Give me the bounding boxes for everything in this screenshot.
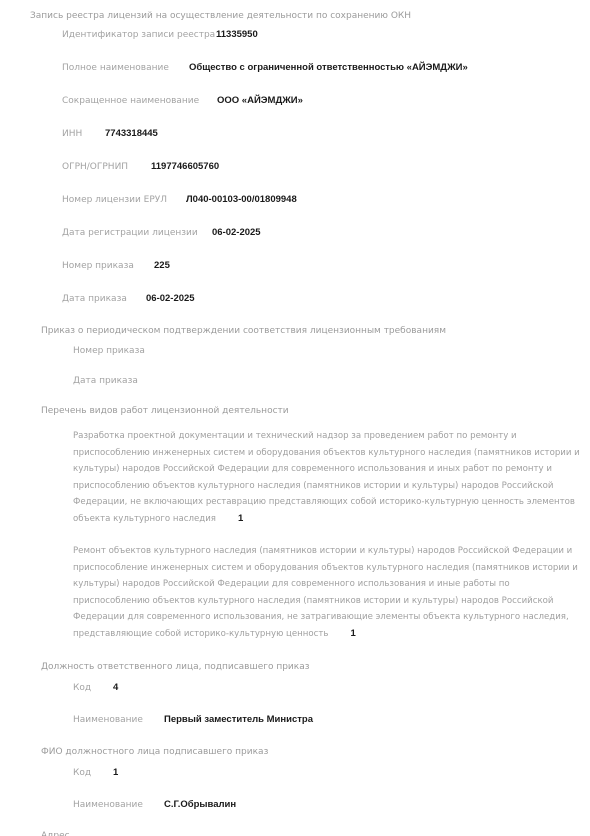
field-label: ОГРН/ОГРНИП: [62, 162, 151, 172]
field-value: Л040-00103-00/01809948: [186, 194, 297, 205]
field-value: Общество с ограниченной ответственностью…: [189, 62, 468, 73]
field-value: 1197746605760: [151, 161, 219, 172]
address-section-title: Адрес: [41, 831, 70, 836]
field-order-number: Номер приказа225: [62, 260, 170, 271]
record-section-title: Запись реестра лицензий на осуществление…: [30, 11, 411, 21]
work-type-item: Разработка проектной документации и техн…: [73, 428, 583, 527]
field-label: Код: [73, 683, 113, 693]
field-label: Наименование: [73, 800, 164, 810]
field-label: Наименование: [73, 715, 164, 725]
field-value: 06-02-2025: [146, 293, 195, 304]
field-label: Номер приказа: [73, 346, 145, 356]
field-label: Дата приказа: [73, 376, 138, 386]
field-value: 225: [154, 260, 170, 271]
field-value: 06-02-2025: [212, 227, 261, 238]
work-type-value: 1: [238, 513, 243, 524]
work-type-text: Разработка проектной документации и техн…: [73, 431, 580, 524]
work-type-item: Ремонт объектов культурного наследия (па…: [73, 543, 583, 642]
field-signer-position-code: Код4: [73, 682, 118, 693]
field-value: С.Г.Обрывалин: [164, 799, 236, 810]
field-label: Дата приказа: [62, 294, 146, 304]
field-label: Дата регистрации лицензии: [62, 228, 212, 238]
work-type-text: Ремонт объектов культурного наследия (па…: [73, 546, 578, 639]
field-label: Идентификатор записи реестра: [62, 30, 216, 40]
field-value: ООО «АЙЭМДЖИ»: [217, 95, 303, 106]
work-type-value: 1: [350, 628, 355, 639]
field-periodic-order-number: Номер приказа: [73, 346, 145, 356]
field-label: Номер лицензии ЕРУЛ: [62, 195, 186, 205]
field-full-name: Полное наименованиеОбщество с ограниченн…: [62, 62, 468, 73]
field-label: Номер приказа: [62, 261, 154, 271]
signer-name-section-title: ФИО должностного лица подписавшего прика…: [41, 747, 268, 757]
field-value: 4: [113, 682, 118, 693]
field-order-date: Дата приказа06-02-2025: [62, 293, 195, 304]
field-inn: ИНН7743318445: [62, 128, 158, 139]
field-value: 11335950: [216, 29, 258, 40]
field-value: Первый заместитель Министра: [164, 714, 313, 725]
field-license-registration-date: Дата регистрации лицензии06-02-2025: [62, 227, 261, 238]
field-ogrn: ОГРН/ОГРНИП1197746605760: [62, 161, 219, 172]
field-label: ИНН: [62, 129, 105, 139]
work-types-section-title: Перечень видов работ лицензионной деятел…: [41, 406, 289, 416]
field-value: 1: [113, 767, 118, 778]
field-short-name: Сокращенное наименованиеООО «АЙЭМДЖИ»: [62, 95, 303, 106]
field-value: 7743318445: [105, 128, 158, 139]
field-label: Полное наименование: [62, 63, 189, 73]
field-signer-name: НаименованиеС.Г.Обрывалин: [73, 799, 236, 810]
field-signer-position-name: НаименованиеПервый заместитель Министра: [73, 714, 313, 725]
field-periodic-order-date: Дата приказа: [73, 376, 138, 386]
field-label: Код: [73, 768, 113, 778]
field-registry-id: Идентификатор записи реестра11335950: [62, 29, 258, 40]
periodic-order-section-title: Приказ о периодическом подтверждении соо…: [41, 326, 446, 336]
field-label: Сокращенное наименование: [62, 96, 217, 106]
field-erul-license-number: Номер лицензии ЕРУЛЛ040-00103-00/0180994…: [62, 194, 297, 205]
field-signer-code: Код1: [73, 767, 118, 778]
signer-position-section-title: Должность ответственного лица, подписавш…: [41, 662, 310, 672]
